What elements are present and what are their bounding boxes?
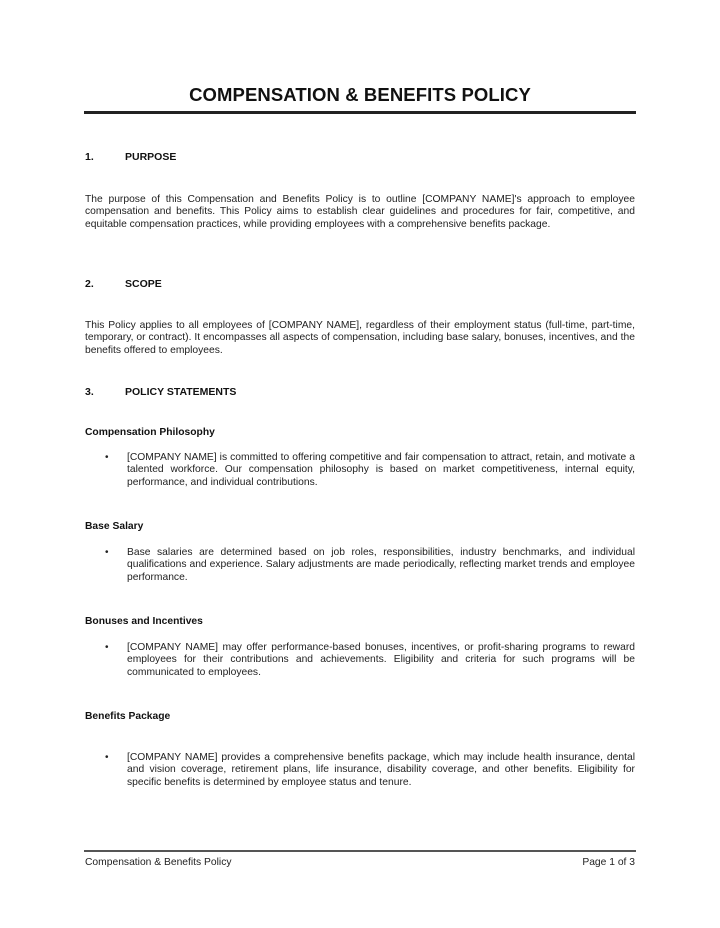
section-number: 3. [85,386,125,398]
scope-paragraph: This Policy applies to all employees of … [85,320,635,357]
bullet-icon: • [105,752,109,764]
subheading-bonuses-and-incentives: Bonuses and Incentives [85,616,203,627]
document-page: COMPENSATION & BENEFITS POLICY 1.PURPOSE… [0,0,720,928]
section-number: 2. [85,278,125,290]
bullet-text: [COMPANY NAME] may offer performance-bas… [127,642,635,679]
section-title: POLICY STATEMENTS [125,386,236,398]
subheading-base-salary: Base Salary [85,521,143,532]
footer-document-title: Compensation & Benefits Policy [85,857,232,868]
bullet-icon: • [105,452,109,464]
section-heading-policy-statements: 3.POLICY STATEMENTS [85,386,236,398]
bullet-text: Base salaries are determined based on jo… [127,547,635,584]
bullet-icon: • [105,642,109,654]
footer-divider [84,850,636,852]
section-title: PURPOSE [125,151,176,163]
list-item: • Base salaries are determined based on … [85,547,635,584]
section-title: SCOPE [125,278,162,290]
title-divider [84,111,636,114]
bullet-text: [COMPANY NAME] is committed to offering … [127,452,635,489]
bullet-text: [COMPANY NAME] provides a comprehensive … [127,752,635,789]
subheading-benefits-package: Benefits Package [85,711,170,722]
purpose-paragraph: The purpose of this Compensation and Ben… [85,194,635,231]
bullet-icon: • [105,547,109,559]
subheading-compensation-philosophy: Compensation Philosophy [85,427,215,438]
section-number: 1. [85,151,125,163]
document-title: COMPENSATION & BENEFITS POLICY [84,84,636,106]
footer-page-number: Page 1 of 3 [582,857,635,868]
section-heading-scope: 2.SCOPE [85,278,162,290]
list-item: • [COMPANY NAME] provides a comprehensiv… [85,752,635,789]
list-item: • [COMPANY NAME] may offer performance-b… [85,642,635,679]
list-item: • [COMPANY NAME] is committed to offerin… [85,452,635,489]
section-heading-purpose: 1.PURPOSE [85,151,176,163]
